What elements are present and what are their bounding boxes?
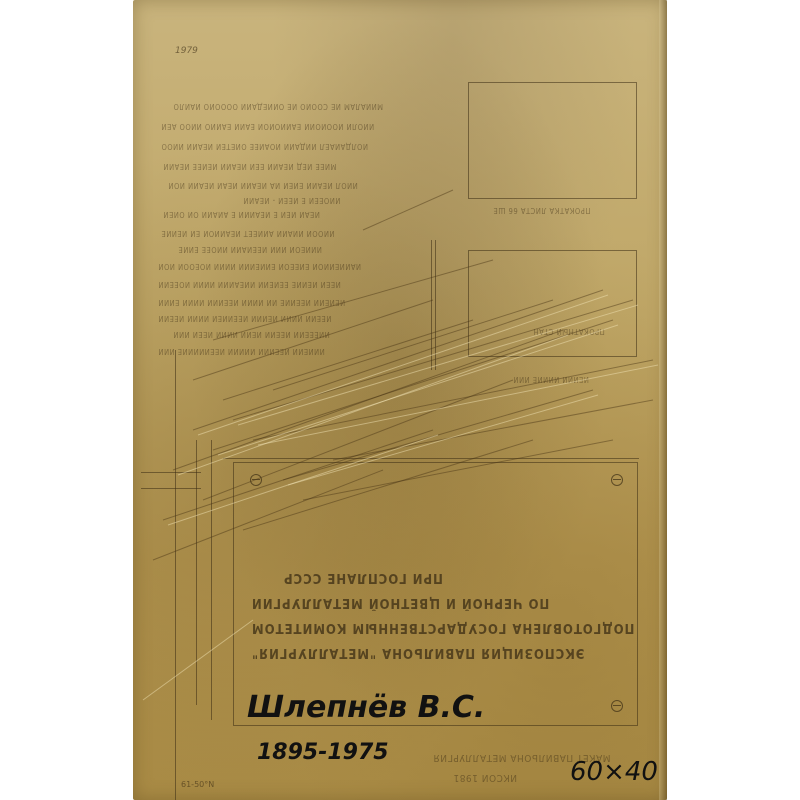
left-column-line-a — [175, 350, 176, 800]
left-column-line-c — [211, 440, 212, 720]
drawing-frame-middle-right — [468, 250, 637, 357]
handwritten-years: 1895-1975 — [257, 740, 389, 765]
drawing-label-lower-right: ИЕИИИ ИИИИЕ ИИИ — [513, 375, 589, 384]
caption-line-4: ПРИ ГОСПЛАНЕ СССР — [283, 570, 443, 585]
pencil-mark: 1979 — [175, 46, 198, 56]
caption-line-3: ПО ЧЕРНОЙ И ЦВЕТНОЙ МЕТАЛЛУРГИИ — [251, 595, 549, 610]
column-line-2 — [435, 240, 436, 370]
bolt-icon-bottom-right — [611, 700, 623, 712]
drawing-label-middle-right: ПРОКАТНЫЙ СТАН — [533, 327, 605, 336]
drawing-frame-lower — [233, 462, 638, 726]
caption-line-1: ЭКСПОЗИЦИЯ ПАВИЛЬОНА "МЕТАЛЛУРГИЯ" — [251, 645, 584, 660]
left-cap-line-2 — [141, 488, 201, 489]
left-column-line-b — [196, 440, 197, 705]
left-cap-line — [141, 472, 201, 473]
corner-code: 61-50°N — [181, 780, 214, 789]
cardboard-board: МИИАЛАМ ИЕ СООИО ИЕ ОИИЕДАИИ ООООИО ИАИЛ… — [133, 0, 667, 800]
bolt-icon-left — [250, 474, 262, 486]
bolt-icon-right — [611, 474, 623, 486]
drawing-label-upper-right: ПРОКАТКА ЛИСТА 66 ШЕ — [493, 206, 590, 215]
caption-line-2: ПОДГОТОВЛЕНА ГОСУДАРСТВЕННЫМ КОМИТЕТОМ — [251, 620, 634, 635]
column-line-1 — [431, 240, 432, 370]
handwritten-size: 60×40 — [570, 757, 658, 787]
drawing-frame-upper-right — [468, 82, 637, 199]
bottom-mirrored-code: ИКСОИ 1981 — [453, 772, 517, 783]
frame-top-double-line — [223, 458, 639, 459]
handwritten-name: Шлепнёв В.С. — [247, 690, 485, 725]
